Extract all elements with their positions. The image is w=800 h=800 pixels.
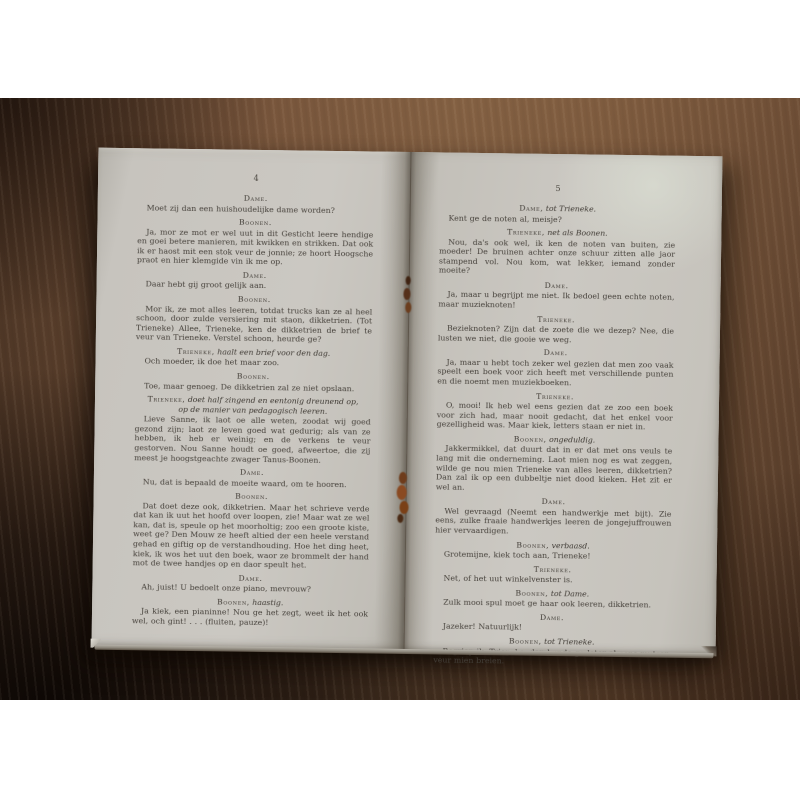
speaker-heading: Trieneke, doet half zingend en eentonig … [143, 394, 363, 416]
speaker-name: Trieneke. [534, 565, 572, 575]
dialogue-paragraph: Ja, maar u hebt toch zeker wel gezien da… [437, 357, 673, 389]
speaker-name: Dame. [540, 613, 564, 622]
speaker-name: Boonen, [514, 434, 547, 443]
speaker-name: Dame. [240, 468, 264, 477]
page-left-dialogue: Dame.Moet zij dan een huishoudelijke dam… [132, 192, 374, 629]
booklet-page-left: 4 Dame.Moet zij dan een huishoudelijke d… [92, 148, 411, 650]
dialogue-paragraph: Grotemijne, kiek toch aan, Trieneke! [435, 550, 671, 563]
speaker-name: Boonen, [515, 588, 548, 597]
speaker-name: Boonen, [516, 540, 549, 549]
stage-qualifier: haalt een brief voor den dag. [215, 347, 331, 358]
speaker-name: Dame. [545, 281, 569, 290]
dialogue-paragraph: Kent ge de noten al, meisje? [439, 213, 675, 226]
page-right-text-column: 5 Dame, tot Trieneke.Kent ge de noten al… [433, 182, 676, 668]
dialogue-paragraph: Dat doet deze ook, dikketrien. Maar het … [133, 501, 370, 571]
speaker-name: Trieneke. [537, 314, 575, 324]
page-number-left: 4 [138, 172, 374, 184]
speaker-name: Trieneke, [148, 395, 186, 405]
speaker-name: Boonen. [239, 218, 272, 227]
speaker-name: Boonen, [509, 636, 542, 645]
booklet-page-right: 5 Dame, tot Trieneke.Kent ge de noten al… [404, 152, 723, 654]
speaker-name: Boonen, [217, 597, 250, 606]
dialogue-paragraph: Nu, dat is bepaald de moeite waard, om t… [134, 477, 370, 490]
dialogue-paragraph: Daar hebt gij groot gelijk aan. [137, 280, 373, 293]
dialogue-paragraph: Mor ik, ze mot alles leeren, totdat truc… [136, 304, 373, 346]
stage-qualifier: tot Trieneke. [543, 204, 596, 214]
stage-qualifier: tot Trieneke. [542, 637, 595, 647]
photo-wooden-table: 4 Dame.Moet zij dan een huishoudelijke d… [0, 98, 800, 700]
speaker-name: Dame. [542, 497, 566, 506]
dialogue-paragraph: Lieve Sanne, ik laot oe alle weten, zood… [134, 414, 371, 465]
page-left-text-column: 4 Dame.Moet zij dan een huishoudelijke d… [132, 172, 374, 629]
speaker-name: Boonen. [238, 295, 271, 304]
dialogue-paragraph: Ah, juist! U bedoelt onze piano, mevrouw… [132, 583, 368, 596]
speaker-name: Dame. [238, 574, 262, 583]
dialogue-paragraph: Begriep ik. Trieneke, dan kunde ge later… [433, 646, 669, 668]
stage-qualifier: ongeduldig. [547, 435, 596, 445]
speaker-name: Boonen. [235, 492, 268, 501]
folded-corner-shadow [700, 646, 716, 656]
open-booklet: 4 Dame.Moet zij dan een huishoudelijke d… [92, 148, 723, 655]
speaker-name: Boonen. [237, 372, 270, 381]
dialogue-paragraph: Toe, maar genoeg. De dikketrien zal ze n… [135, 381, 371, 394]
dialogue-paragraph: Bezieknoten? Zijn dat de zoete die we de… [438, 324, 674, 346]
dialogue-paragraph: Wel gevraagd (Neemt een handwerkje met b… [435, 506, 671, 538]
dialogue-paragraph: Ja, mor ze mot er wel uut in dit Gestich… [137, 227, 374, 269]
page-number-right: 5 [440, 182, 676, 194]
dialogue-paragraph: O, mooi! Ik heb wel eens gezien dat ze z… [437, 401, 673, 433]
dialogue-paragraph: Nou, da's ook wel, ik ken de noten van b… [439, 237, 676, 279]
speaker-name: Dame, [519, 204, 543, 213]
page-right-dialogue: Dame, tot Trieneke.Kent ge de noten al, … [433, 202, 675, 668]
speaker-name: Trieneke, [507, 227, 545, 237]
dialogue-paragraph: Net, of het uut winkelvenster is. [434, 574, 670, 587]
speaker-name: Dame. [544, 348, 568, 357]
dialogue-paragraph: Ja kiek, een pianinne! Nou ge het zegt, … [132, 607, 368, 629]
folded-corner-glint [91, 639, 101, 648]
dialogue-paragraph: Och moeder, ik doe het maar zoo. [135, 357, 371, 370]
dialogue-paragraph: Ja, maar u begrijpt me niet. Ik bedoel g… [438, 290, 674, 312]
dialogue-paragraph: Zulk mooi spul moet ge haar ook leeren, … [434, 598, 670, 611]
dialogue-paragraph: Moet zij dan een huishoudelijke dame wor… [138, 203, 374, 216]
speaker-name: Dame. [244, 194, 268, 203]
speaker-name: Trieneke. [536, 391, 574, 401]
speaker-name: Dame. [243, 271, 267, 280]
stage-qualifier: tot Dame. [548, 589, 589, 599]
stage-qualifier: doet half zingend en eentonig dreunend o… [178, 395, 358, 415]
dialogue-paragraph: Jakkermikkel, dat duurt dat in er dat me… [436, 444, 673, 495]
speaker-name: Trieneke, [177, 347, 215, 357]
stage-qualifier: verbaasd. [549, 541, 590, 551]
stage-qualifier: net als Boonen. [545, 228, 608, 238]
dialogue-paragraph: Jazeker! Natuurlijk! [434, 622, 670, 635]
stage-qualifier: haastig. [250, 598, 284, 607]
